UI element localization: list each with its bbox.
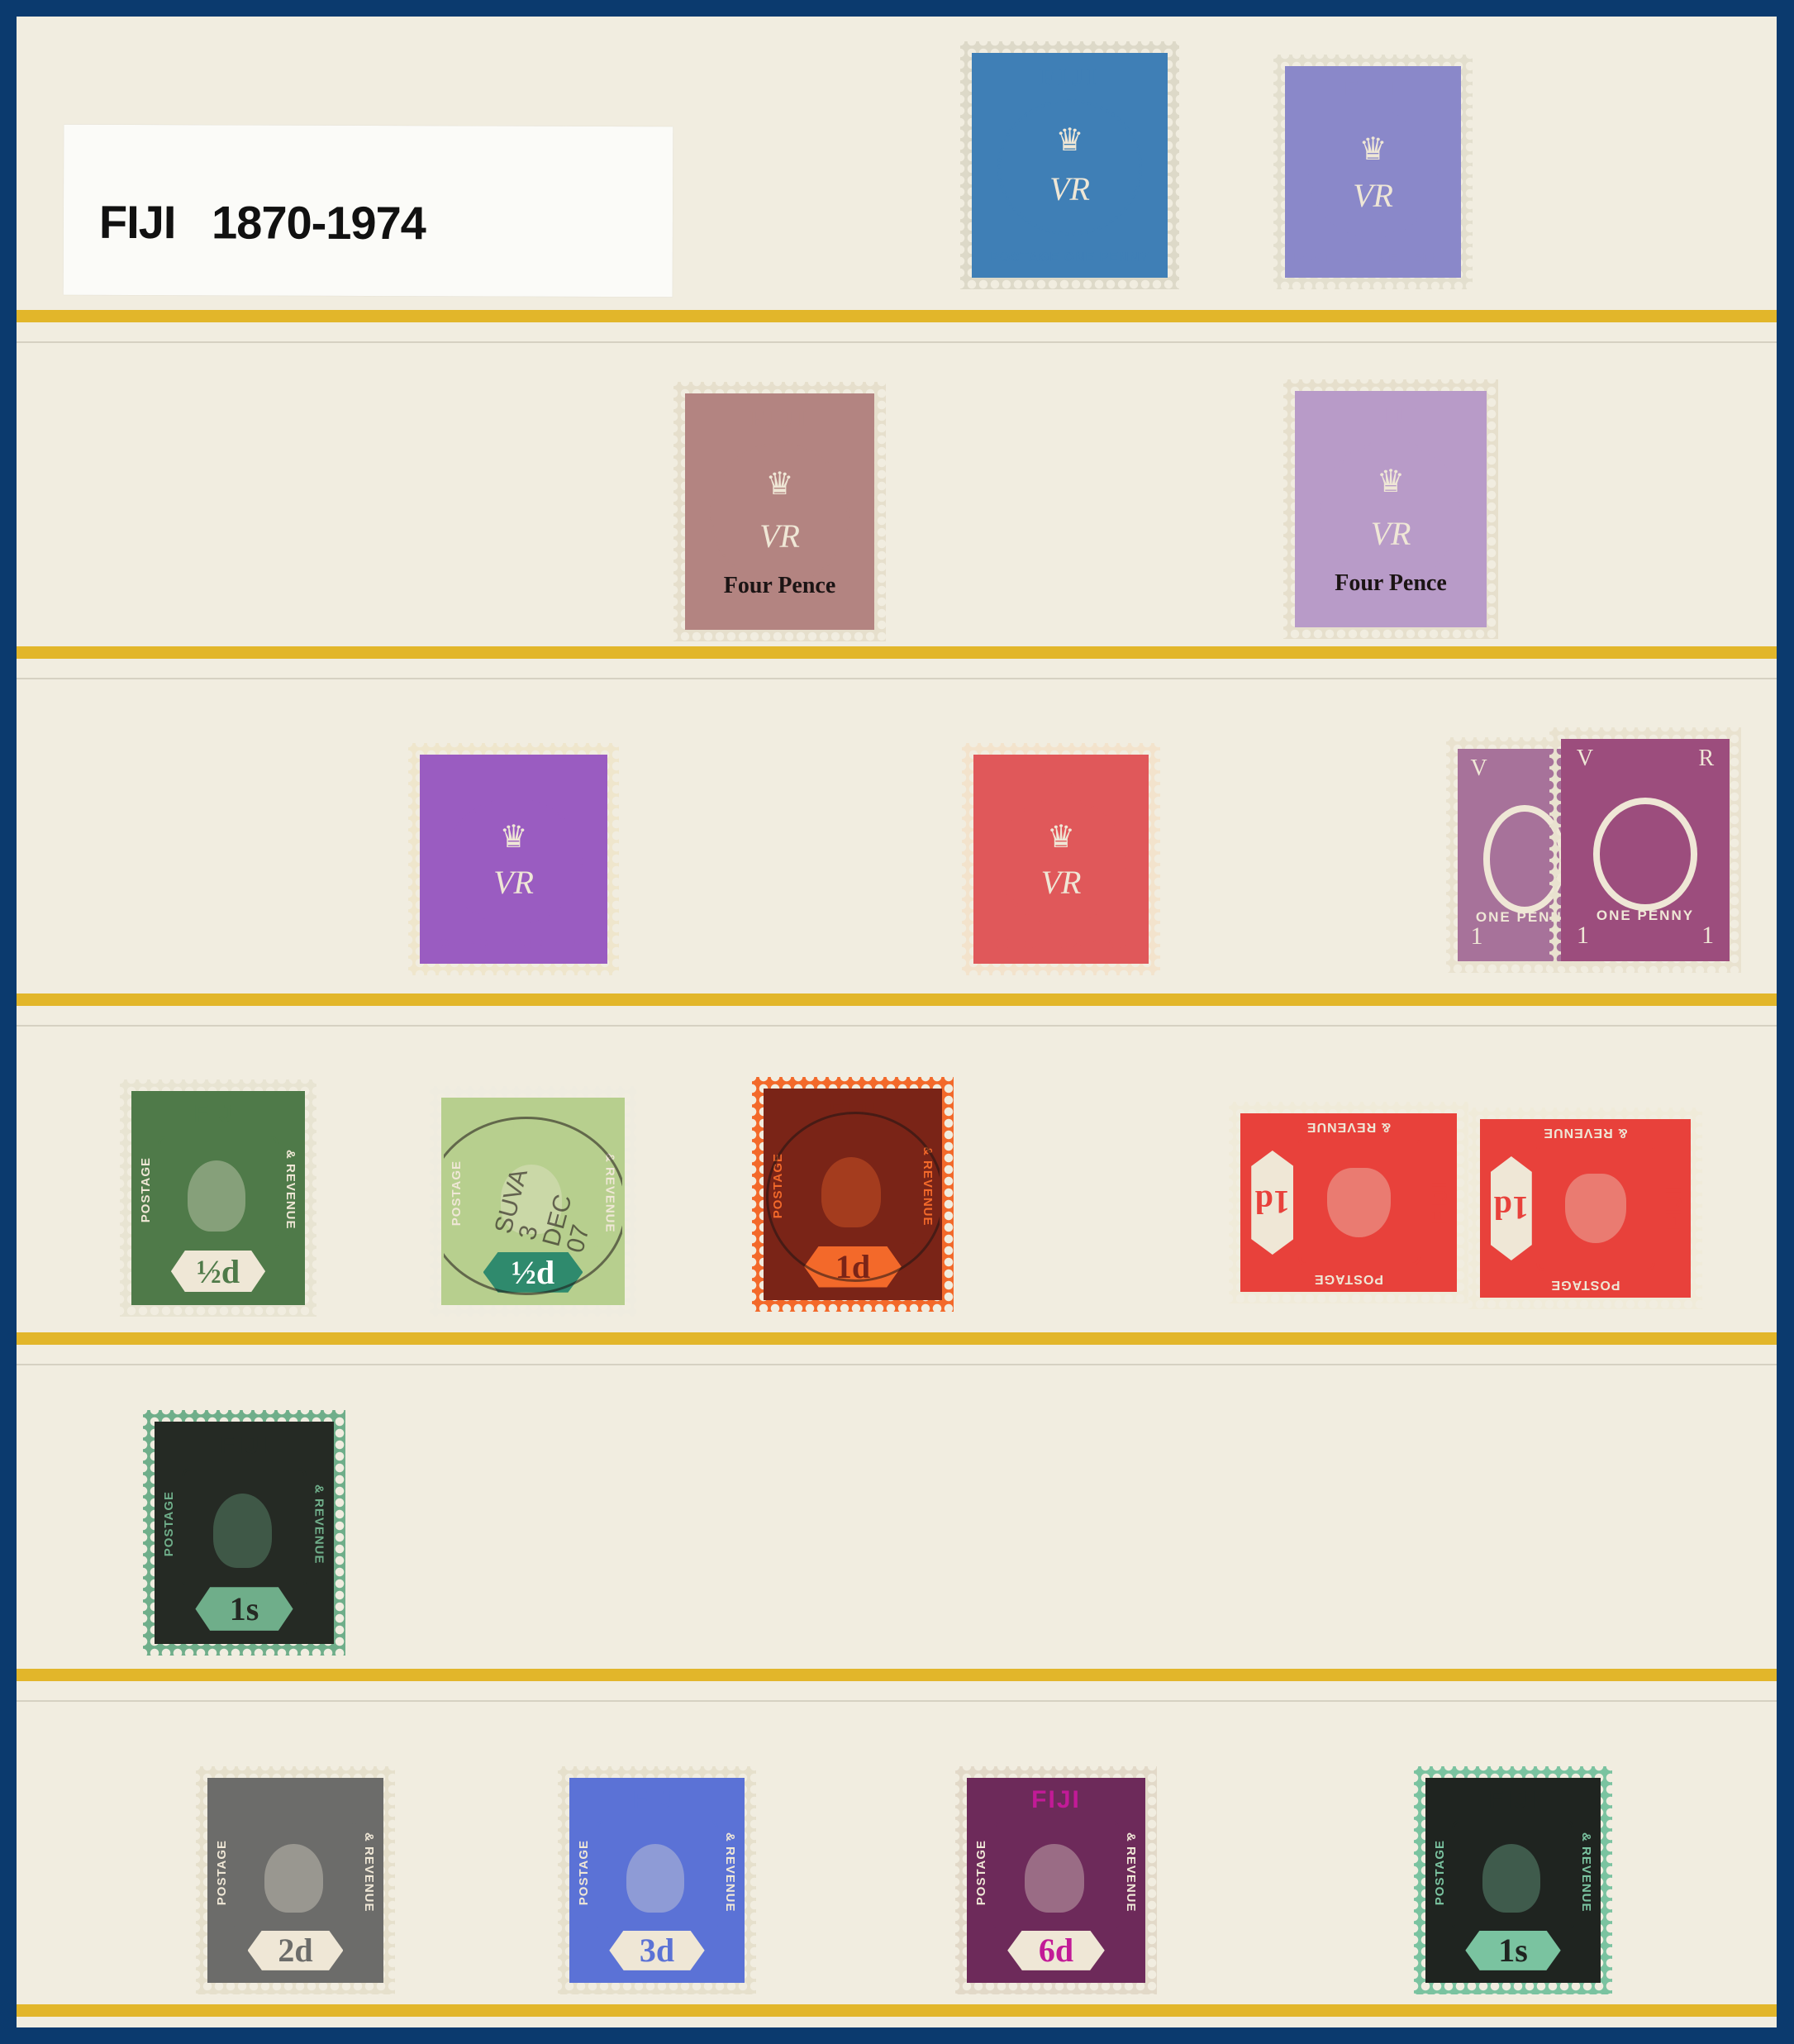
stamp-inscription: & REVENUE	[1482, 1122, 1688, 1142]
stamp-design: FIJI POSTAGE & REVENUE 1s	[155, 1422, 334, 1644]
stamp-design: FIJI POSTAGE & REVENUE ½d	[131, 1091, 305, 1305]
stamp-monogram: VR	[688, 517, 872, 555]
crown-icon: ♛	[765, 465, 793, 503]
stamp-inscription: & REVENUE	[1243, 1116, 1454, 1136]
row-guide-line	[17, 1025, 1777, 1027]
crown-icon: ♛	[499, 818, 527, 855]
row-guide-line	[17, 1700, 1777, 1702]
crown-icon: ♛	[1047, 818, 1075, 855]
stamp-surcharge: Four Pence	[1297, 570, 1484, 597]
row-divider	[17, 2004, 1777, 2017]
stamp-oval	[445, 798, 583, 924]
stamp-row2-1[interactable]: FIJI ♛ VR Four Pence	[673, 382, 886, 641]
stamp-side-left: POSTAGE	[573, 1824, 594, 1920]
stamp-corner-left: V	[1577, 746, 1593, 772]
stamp-row4-2[interactable]: FIJI POSTAGE & REVENUE ½d SUVA 3 DEC 07	[430, 1086, 636, 1317]
stamp-monogram: VR	[1297, 514, 1484, 553]
stamp-inscription: POSTAGE ONE PENNY	[1287, 242, 1459, 275]
stamp-value: 3d	[609, 1931, 704, 1970]
stamp-row6-3[interactable]: FIJI POSTAGE & REVENUE 6d	[955, 1766, 1157, 1994]
stamp-row3-2[interactable]: FIJI ♛ VR POSTAGE SIX PENCE	[962, 743, 1160, 975]
stamp-oval	[997, 99, 1143, 236]
stamp-side-left: POSTAGE	[159, 1472, 179, 1576]
stamp-country: FIJI	[974, 55, 1165, 99]
stamp-row4-3[interactable]: FIJI POSTAGE & REVENUE 1d	[752, 1077, 954, 1312]
stamp-country: FIJI	[210, 1780, 381, 1820]
stamp-row2-2[interactable]: FIJI ♛ VR Four Pence	[1283, 379, 1498, 639]
stamp-value: 1	[1470, 922, 1482, 951]
row-divider	[17, 1332, 1777, 1345]
album-title-label: FIJI 1870-1974	[64, 125, 673, 298]
row-divider	[17, 1669, 1777, 1681]
king-portrait	[1327, 1168, 1391, 1237]
stamp-country: FIJI	[1659, 1122, 1688, 1295]
crown-icon: ♛	[1055, 121, 1083, 159]
stamp-oval	[710, 442, 850, 586]
king-portrait	[1482, 1844, 1540, 1912]
stamp-design: FIJI 1d POSTAGE & REVENUE	[1240, 1113, 1457, 1292]
stamp-country: FIJI	[422, 757, 605, 798]
king-portrait	[1025, 1844, 1083, 1912]
stamp-design: FIJI ♛ VR POSTAGE FOUR PENCE	[420, 755, 607, 964]
stamp-inscription: POSTAGE ONE PENNY	[974, 240, 1165, 275]
stamp-value: ½d	[171, 1251, 265, 1293]
stamp-monogram: VR	[974, 169, 1165, 208]
stamp-side-right: & REVENUE	[720, 1824, 740, 1920]
stamp-row1-2[interactable]: FIJI ♛ VR POSTAGE ONE PENNY	[1273, 55, 1473, 289]
stamp-row6-4[interactable]: FIJI POSTAGE & REVENUE 1s	[1414, 1766, 1612, 1994]
stamp-inscription: POSTAGE	[1243, 1269, 1454, 1289]
stamp-corner-left: V	[1470, 755, 1487, 782]
stamp-side-left: POSTAGE	[212, 1824, 232, 1920]
stamp-country: FIJI	[572, 1780, 742, 1820]
stamp-row6-2[interactable]: FIJI POSTAGE & REVENUE 3d	[558, 1766, 756, 1994]
stamp-country: FIJI	[969, 1780, 1143, 1820]
row-guide-line	[17, 1364, 1777, 1365]
stamp-monogram: VR	[1287, 176, 1459, 215]
album-page: FIJI 1870-1974 FIJI ♛ VR POSTAGE ONE PEN…	[17, 17, 1777, 2027]
stamp-value: 1s	[1465, 1931, 1560, 1970]
row-guide-line	[17, 341, 1777, 343]
stamp-country: FIJI	[1287, 69, 1459, 110]
stamp-side-right: & REVENUE	[1121, 1824, 1141, 1920]
stamp-row3-4[interactable]: V R ONE PENNY 1 1	[1549, 727, 1741, 973]
stamp-design: FIJI POSTAGE & REVENUE 1s	[1425, 1778, 1601, 1983]
row-divider	[17, 310, 1777, 322]
stamp-value: 1	[1577, 922, 1589, 950]
stamp-design: FIJI ♛ VR Four Pence	[1295, 391, 1487, 627]
crown-icon: ♛	[1377, 463, 1405, 500]
king-portrait	[626, 1844, 684, 1912]
stamp-side-left: POSTAGE	[1430, 1824, 1450, 1920]
stamp-value: 1d	[1491, 1156, 1532, 1260]
stamp-side-left: POSTAGE	[136, 1140, 155, 1240]
stamp-design: FIJI ♛ VR POSTAGE ONE PENNY	[972, 53, 1168, 278]
king-portrait	[188, 1160, 245, 1232]
postmark-circle	[766, 1112, 942, 1282]
stamp-monogram: VR	[976, 863, 1146, 902]
stamp-country: FIJI	[976, 757, 1146, 798]
stamp-oval	[1320, 440, 1462, 584]
row-guide-line	[17, 678, 1777, 679]
stamp-value: 1s	[195, 1587, 293, 1631]
stamp-side-right: & REVENUE	[281, 1140, 301, 1240]
stamp-row4-5-inverted[interactable]: FIJI 1d POSTAGE & REVENUE	[1468, 1108, 1702, 1309]
stamp-inscription: POSTAGE	[1482, 1275, 1688, 1295]
stamp-corner-right: R	[1698, 746, 1714, 772]
stamp-country: FIJI	[1428, 1780, 1598, 1820]
stamp-side-right: & REVENUE	[1576, 1824, 1597, 1920]
stamp-row3-1[interactable]: FIJI ♛ VR POSTAGE FOUR PENCE	[408, 743, 619, 975]
stamp-design: FIJI ♛ VR POSTAGE ONE PENNY	[1285, 66, 1461, 278]
stamp-row5-1[interactable]: FIJI POSTAGE & REVENUE 1s	[143, 1410, 345, 1656]
stamp-design: V R ONE PENNY 1 1	[1561, 739, 1730, 961]
stamp-country: FIJI	[1425, 1116, 1454, 1289]
stamp-value: 2d	[248, 1931, 344, 1970]
stamp-row4-1[interactable]: FIJI POSTAGE & REVENUE ½d	[120, 1079, 316, 1317]
stamp-side-right: & REVENUE	[359, 1824, 379, 1920]
stamp-monogram: VR	[422, 863, 605, 902]
ship-vignette	[1593, 798, 1698, 911]
crown-icon: ♛	[1359, 131, 1387, 168]
stamp-design: FIJI ♛ VR POSTAGE SIX PENCE	[973, 755, 1149, 964]
stamp-country: FIJI	[134, 1093, 302, 1136]
stamp-row4-4-inverted[interactable]: FIJI 1d POSTAGE & REVENUE	[1229, 1102, 1468, 1303]
stamp-side-right: & REVENUE	[309, 1472, 330, 1576]
stamp-country: FIJI	[157, 1424, 331, 1468]
stamp-oval	[1308, 110, 1438, 238]
king-portrait	[264, 1844, 322, 1912]
row-divider	[17, 993, 1777, 1006]
stamp-value: 6d	[1007, 1931, 1105, 1970]
king-portrait	[1565, 1174, 1627, 1243]
stamp-inscription: POSTAGE FOUR PENCE	[422, 928, 605, 961]
stamp-design: FIJI POSTAGE & REVENUE 3d	[569, 1778, 745, 1983]
king-portrait	[213, 1494, 273, 1567]
stamp-design: FIJI 1d POSTAGE & REVENUE	[1480, 1119, 1691, 1298]
stamp-design: FIJI POSTAGE & REVENUE ½d SUVA 3 DEC 07	[441, 1098, 625, 1305]
stamp-row1-1[interactable]: FIJI ♛ VR POSTAGE ONE PENNY	[960, 41, 1179, 289]
stamp-design: FIJI ♛ VR Four Pence	[685, 393, 874, 630]
stamp-value: 1d	[1251, 1151, 1293, 1255]
row-divider	[17, 646, 1777, 659]
stamp-surcharge: Four Pence	[688, 573, 872, 599]
stamp-side-left: POSTAGE	[971, 1824, 992, 1920]
stamp-inscription: POSTAGE SIX PENCE	[976, 928, 1146, 961]
stamp-design: FIJI POSTAGE & REVENUE 6d	[967, 1778, 1145, 1983]
album-title: FIJI 1870-1974	[99, 195, 426, 250]
stamp-country: FIJI	[688, 396, 872, 442]
stamp-design: FIJI POSTAGE & REVENUE 1d	[764, 1089, 942, 1300]
stamp-oval	[997, 798, 1126, 924]
stamp-value: 1	[1701, 922, 1714, 950]
stamp-design: FIJI POSTAGE & REVENUE 2d	[207, 1778, 383, 1983]
stamp-row6-1[interactable]: FIJI POSTAGE & REVENUE 2d	[196, 1766, 395, 1994]
stamp-country: FIJI	[1297, 393, 1484, 440]
